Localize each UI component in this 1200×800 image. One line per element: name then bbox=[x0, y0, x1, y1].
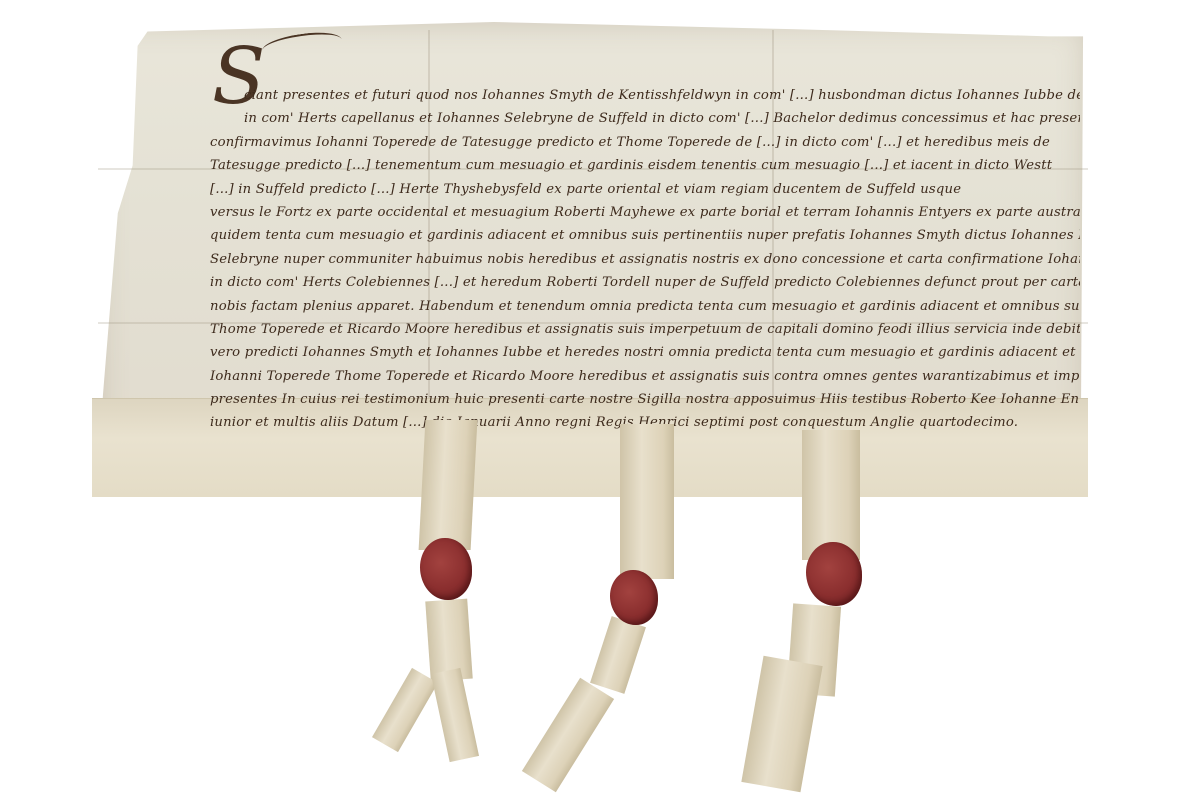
text-line: in dicto com' Herts Colebiennes [...] et… bbox=[210, 271, 1080, 294]
text-line: confirmavimus Iohanni Toperede de Tatesu… bbox=[210, 131, 1080, 154]
text-line: Selebryne nuper communiter habuimus nobi… bbox=[210, 248, 1080, 271]
text-line: Thome Toperede et Ricardo Moore heredibu… bbox=[210, 318, 1080, 341]
charter-text: ciant presentes et futuri quod nos Iohan… bbox=[210, 84, 1080, 435]
text-line: in com' Herts capellanus et Iohannes Sel… bbox=[210, 107, 1080, 130]
text-line: Tatesugge predicto [...] tenementum cum … bbox=[210, 154, 1080, 177]
text-line: vero predicti Iohannes Smyth et Iohannes… bbox=[210, 341, 1080, 364]
wax-seal-left bbox=[420, 538, 472, 600]
wax-seal-middle bbox=[610, 570, 658, 625]
text-line: [...] in Suffeld predicto [...] Herte Th… bbox=[210, 178, 1080, 201]
text-line: Iohanni Toperede Thome Toperede et Ricar… bbox=[210, 365, 1080, 388]
text-line: nobis factam plenius apparet. Habendum e… bbox=[210, 295, 1080, 318]
wax-seal-right bbox=[806, 542, 862, 606]
text-line: versus le Fortz ex parte occidental et m… bbox=[210, 201, 1080, 224]
charter-photograph: S ciant presentes et futuri quod nos Ioh… bbox=[0, 0, 1200, 800]
text-line: presentes In cuius rei testimonium huic … bbox=[210, 388, 1080, 411]
text-line: quidem tenta cum mesuagio et gardinis ad… bbox=[210, 224, 1080, 247]
text-line: ciant presentes et futuri quod nos Iohan… bbox=[210, 84, 1080, 107]
